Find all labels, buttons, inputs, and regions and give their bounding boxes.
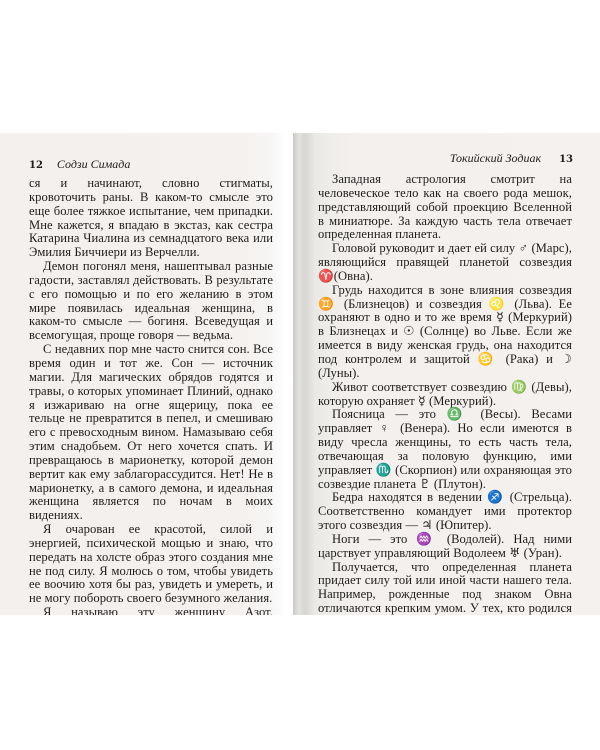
paragraph-legs: Ноги — это ♒ (Водолей). Над ними царству… (318, 533, 572, 561)
right-running-head: Токийский Зодиак13 (450, 152, 573, 166)
paragraph: Я очарован ее красотой, силой и энергией… (29, 523, 273, 606)
paragraph: ся и начинают, словно стигматы, кровоточ… (29, 177, 273, 260)
right-page: Токийский Зодиак13 Западная астрология с… (293, 133, 600, 615)
paragraph: Получается, что определенная планета при… (318, 561, 572, 615)
page-number-right: 13 (559, 154, 573, 165)
book-title: Токийский Зодиак (450, 151, 541, 165)
book-spread: 12Содзи Симада ся и начинают, словно сти… (0, 0, 600, 750)
page-number-left: 12 (29, 160, 43, 171)
paragraph-belly: Живот соответствует созвездию ♍ (Девы), … (318, 381, 572, 409)
paragraph-head-mars: Головой руководит и дает ей силу ♂ (Марс… (318, 242, 572, 284)
left-page: 12Содзи Симада ся и начинают, словно сти… (0, 133, 285, 615)
paragraph: Демон погонял меня, нашептывал разные га… (29, 260, 273, 343)
right-body-text: Западная астрология смотрит на человечес… (318, 173, 572, 615)
paragraph-thighs: Бедра находятся в ведении ♐ (Стрельца). … (318, 491, 572, 533)
author-name: Содзи Симада (57, 157, 130, 171)
left-running-head: 12Содзи Симада (29, 158, 130, 172)
paragraph: С недавних пор мне часто снится сон. Все… (29, 343, 273, 523)
left-body-text: ся и начинают, словно стигматы, кровоточ… (29, 177, 273, 615)
paragraph: Западная астрология смотрит на человечес… (318, 173, 572, 242)
paragraph: Я называю эту женщину Азот. Философский … (29, 606, 273, 615)
paragraph-chest: Грудь находится в зоне влияния созвездия… (318, 284, 572, 381)
paragraph-loins: Поясница — это ♎ (Весы). Весами управляе… (318, 408, 572, 491)
